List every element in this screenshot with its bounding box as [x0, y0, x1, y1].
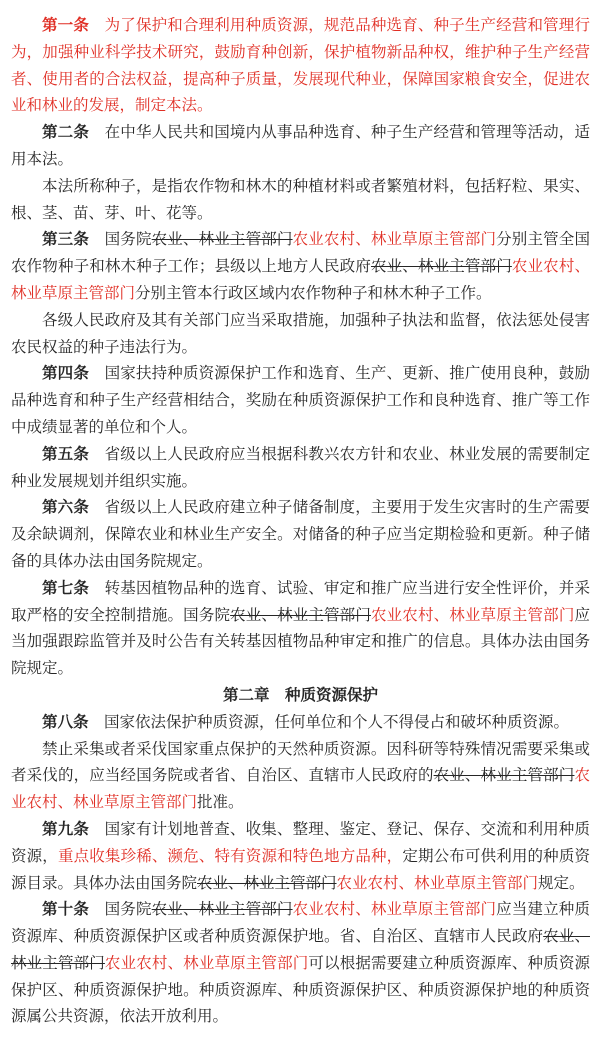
document-body: 第一条 为了保护和合理利用种质资源，规范品种选育、种子生产经营和管理行为，加强种… — [11, 13, 590, 1031]
deleted-text-run: 农业、林业主管部门 — [152, 901, 293, 918]
law-paragraph: 第八条 国家依法保护种质资源，任何单位和个人不得侵占和破坏种质资源。 — [11, 710, 590, 737]
inserted-text-run: 农业农村、林业草原主管部门 — [293, 231, 497, 248]
law-paragraph: 第十条 国务院农业、林业主管部门农业农村、林业草原主管部门应当建立种质资源库、种… — [11, 897, 590, 1031]
law-paragraph: 第六条 省级以上人民政府建立种子储备制度，主要用于发生灾害时的生产需要及余缺调剂… — [11, 495, 590, 575]
inserted-text-run: 农业农村、林业草原主管部门 — [337, 875, 539, 892]
article-label-run: 第五条 — [42, 446, 89, 463]
text-run: 省级以上人民政府建立种子储备制度，主要用于发生灾害时的生产需要及余缺调剂，保障农… — [11, 499, 590, 570]
text-run: 国务院 — [89, 231, 152, 248]
article-label-run: 第九条 — [42, 821, 89, 838]
document-page: 第一条 为了保护和合理利用种质资源，规范品种选育、种子生产经营和管理行为，加强种… — [0, 0, 601, 1041]
text-run: 在中华人民共和国境内从事品种选育、种子生产经营和管理等活动，适用本法。 — [11, 124, 590, 168]
inserted-text-run: 重点收集珍稀、濒危、特有资源和特色地方品种， — [58, 848, 402, 865]
law-paragraph: 第四条 国家扶持种质资源保护工作和选育、生产、更新、推广使用良种，鼓励品种选育和… — [11, 361, 590, 441]
law-paragraph: 第五条 省级以上人民政府应当根据科教兴农方针和农业、林业发展的需要制定种业发展规… — [11, 442, 590, 496]
text-run: 省级以上人民政府应当根据科教兴农方针和农业、林业发展的需要制定种业发展规划并组织… — [11, 446, 590, 490]
article-label-run: 第三条 — [42, 231, 89, 248]
article-label-run: 第四条 — [42, 365, 89, 382]
text-run: 分别主管本行政区域内农作物种子和林木种子工作。 — [135, 285, 492, 302]
law-paragraph: 第一条 为了保护和合理利用种质资源，规范品种选育、种子生产经营和管理行为，加强种… — [11, 13, 590, 120]
article-label-run: 第八条 — [42, 714, 89, 731]
law-paragraph: 第三条 国务院农业、林业主管部门农业农村、林业草原主管部门分别主管全国农作物种子… — [11, 227, 590, 307]
text-run: 国家依法保护种质资源，任何单位和个人不得侵占和破坏种质资源。 — [89, 714, 570, 731]
deleted-text-run: 农业、林业主管部门 — [230, 607, 371, 624]
inserted-text-run: 农业农村、林业草原主管部门 — [371, 607, 574, 624]
text-run: 国务院 — [89, 901, 152, 918]
text-run: 国家扶持种质资源保护工作和选育、生产、更新、推广使用良种，鼓励品种选育和种子生产… — [11, 365, 590, 436]
deleted-text-run: 农业、林业主管部门 — [434, 767, 575, 784]
inserted-text-run: 为了保护和合理利用种质资源，规范品种选育、种子生产经营和管理行为，加强种业科学技… — [11, 17, 590, 114]
law-paragraph: 第七条 转基因植物品种的选育、试验、审定和推广应当进行安全性评价，并采取严格的安… — [11, 576, 590, 683]
text-run: 规定。 — [538, 875, 585, 892]
article-label-run: 第七条 — [42, 580, 89, 597]
article-label-run: 第二条 — [42, 124, 89, 141]
law-paragraph: 本法所称种子，是指农作物和林木的种植材料或者繁殖材料，包括籽粒、果实、根、茎、苗… — [11, 174, 590, 228]
law-paragraph: 第二条 在中华人民共和国境内从事品种选育、种子生产经营和管理等活动，适用本法。 — [11, 120, 590, 174]
deleted-text-run: 农业、林业主管部门 — [152, 231, 293, 248]
text-run: 本法所称种子，是指农作物和林木的种植材料或者繁殖材料，包括籽粒、果实、根、茎、苗… — [11, 178, 590, 222]
deleted-text-run: 农业、林业主管部门 — [197, 875, 337, 892]
article-label-run: 第六条 — [42, 499, 89, 516]
text-run: 各级人民政府及其有关部门应当采取措施，加强种子执法和监督，依法惩处侵害农民权益的… — [11, 312, 590, 356]
inserted-text-run: 农业农村、林业草原主管部门 — [293, 901, 497, 918]
deleted-text-run: 农业、林业主管部门 — [371, 258, 512, 275]
law-paragraph: 禁止采集或者采伐国家重点保护的天然种质资源。因科研等特殊情况需要采集或者采伐的，… — [11, 737, 590, 817]
chapter-heading: 第二章 种质资源保护 — [11, 683, 590, 710]
inserted-text-run: 第一条 — [42, 17, 89, 34]
inserted-text-run: 农业农村、林业草原主管部门 — [105, 955, 308, 972]
article-label-run: 第二章 种质资源保护 — [223, 687, 378, 704]
text-run: 批准。 — [197, 794, 244, 811]
law-paragraph: 各级人民政府及其有关部门应当采取措施，加强种子执法和监督，依法惩处侵害农民权益的… — [11, 308, 590, 362]
law-paragraph: 第九条 国家有计划地普查、收集、整理、鉴定、登记、保存、交流和利用种质资源，重点… — [11, 817, 590, 897]
article-label-run: 第十条 — [42, 901, 89, 918]
